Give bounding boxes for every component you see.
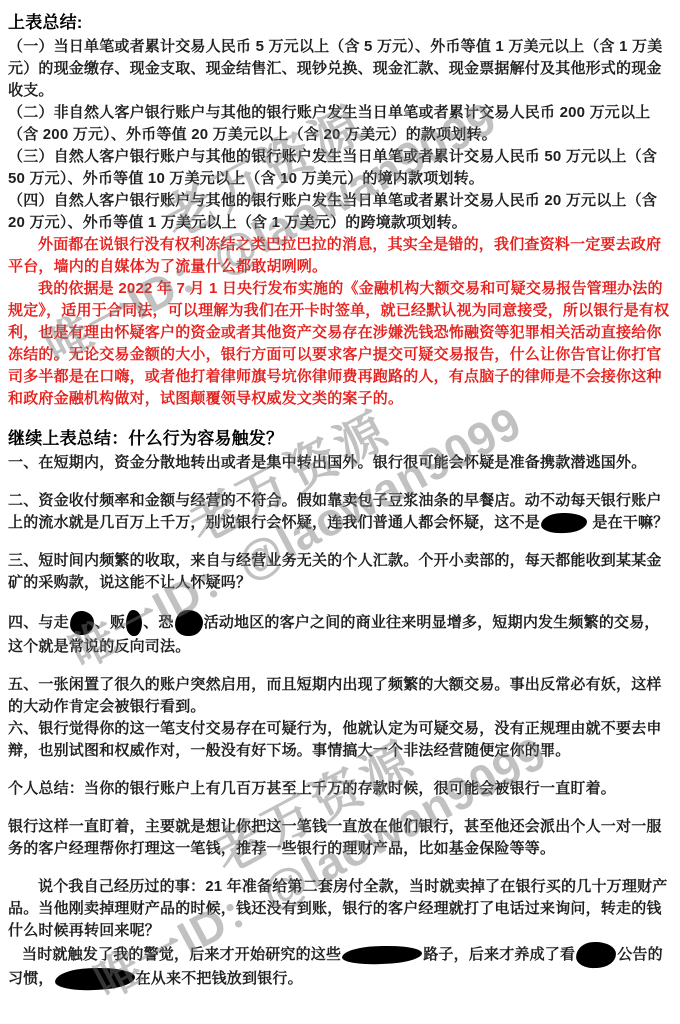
paragraph: （三）自然人客户银行账户与其他的银行账户发生当日单笔或者累计交易人民币 50 万… xyxy=(8,146,672,190)
text-run: 银行这样一直盯着，主要就是想让你把这一笔钱一直放在他们银行，甚至他还会派出个人一… xyxy=(8,818,662,857)
redaction-mark xyxy=(174,610,203,637)
paragraph: 说个我自己经历过的事：21 年准备给第二套房付全款，当时就卖掉了在银行买的几十万… xyxy=(8,876,672,942)
paragraph: 五、一张闲置了很久的账户突然启用，而且短期内出现了频繁的大额交易。事出反常必有妖… xyxy=(8,674,672,718)
text-run: 当时就触发了我的警觉，后来才开始研究的这些 xyxy=(22,946,341,963)
section-heading: 继续上表总结：什么行为容易触发？ xyxy=(8,426,672,452)
paragraph: 四、与走、贩、恐活动地区的客户之间的商业往来明显增多，短期内发生频繁的交易，这个… xyxy=(8,610,672,658)
text-run: 一、在短期内，资金分散地转出或者是集中转出国外。银行很可能会怀疑是准备携款潜逃国… xyxy=(8,454,646,471)
paragraph-spacer xyxy=(8,762,672,778)
paragraph: 我的依据是 2022 年 7 月 1 日央行发布实施的《金融机构大额交易和可疑交… xyxy=(8,278,672,410)
paragraph: 外面都在说银行没有权利冻结之类巴拉巴拉的消息，其实全是错的，我们查资料一定要去政… xyxy=(8,234,672,278)
text-run: 是在干嘛？ xyxy=(588,514,668,531)
paragraph-spacer xyxy=(8,534,672,550)
paragraph: （一）当日单笔或者累计交易人民币 5 万元以上（含 5 万元）、外币等值 1 万… xyxy=(8,36,672,102)
text-run: 四、与走 xyxy=(8,614,69,631)
text-run: 、恐 xyxy=(143,614,173,631)
text-run: （四）自然人客户银行账户与其他的银行账户发生当日单笔或者累计交易人民币 20 万… xyxy=(8,192,657,231)
paragraph: 三、短时间内频繁的收取，来自与经营业务无关的个人汇款。个开小卖部的，每天都能收到… xyxy=(8,550,672,594)
paragraph: （四）自然人客户银行账户与其他的银行账户发生当日单笔或者累计交易人民币 20 万… xyxy=(8,190,672,234)
paragraph-spacer xyxy=(8,860,672,876)
redaction-mark xyxy=(342,945,423,966)
text-run: （三）自然人客户银行账户与其他的银行账户发生当日单笔或者累计交易人民币 50 万… xyxy=(8,148,657,187)
text-run: 外面都在说银行没有权利冻结之类巴拉巴拉的消息，其实全是错的，我们查资料一定要去政… xyxy=(8,236,661,275)
paragraph-spacer xyxy=(8,410,672,426)
redaction-mark xyxy=(54,967,135,992)
text-run: 继续上表总结：什么行为容易触发？ xyxy=(8,429,283,448)
text-run: （一）当日单笔或者累计交易人民币 5 万元以上（含 5 万元）、外币等值 1 万… xyxy=(8,38,662,99)
text-run: 个人总结：当你的银行账户上有几百万甚至上千万的存款时候，很可能会被银行一直盯着。 xyxy=(8,780,616,797)
paragraph-spacer xyxy=(8,658,672,674)
document-page: 老万资源 唯一ID：@laowan9099 老万资源 唯一ID：@laowan9… xyxy=(0,0,680,1024)
redaction-mark xyxy=(69,611,94,636)
paragraph: 一、在短期内，资金分散地转出或者是集中转出国外。银行很可能会怀疑是准备携款潜逃国… xyxy=(8,452,672,474)
text-run: 在从来不把钱放到银行。 xyxy=(136,970,303,987)
text-run: 我的依据是 2022 年 7 月 1 日央行发布实施的《金融机构大额交易和可疑交… xyxy=(8,280,669,407)
text-run: 五、一张闲置了很久的账户突然启用，而且短期内出现了频繁的大额交易。事出反常必有妖… xyxy=(8,676,662,715)
text-run: 说个我自己经历过的事：21 年准备给第二套房付全款，当时就卖掉了在银行买的几十万… xyxy=(8,878,667,939)
text-run: 六、银行觉得你的这一笔支付交易存在可疑行为，他就认定为可疑交易，没有正规理由就不… xyxy=(8,720,662,759)
paragraph: 银行这样一直盯着，主要就是想让你把这一笔钱一直放在他们银行，甚至他还会派出个人一… xyxy=(8,816,672,860)
redaction-mark xyxy=(126,610,143,637)
paragraph: 六、银行觉得你的这一笔支付交易存在可疑行为，他就认定为可疑交易，没有正规理由就不… xyxy=(8,718,672,762)
text-run: 上表总结: xyxy=(8,13,83,32)
paragraph: （二）非自然人客户银行账户与其他的银行账户发生当日单笔或者累计交易人民币 200… xyxy=(8,102,672,146)
paragraph-spacer xyxy=(8,474,672,490)
text-run: 路子，后来才养成了看 xyxy=(423,946,575,963)
text-run: 、贩 xyxy=(95,614,125,631)
text-run: （二）非自然人客户银行账户与其他的银行账户发生当日单笔或者累计交易人民币 200… xyxy=(8,104,650,143)
redaction-mark xyxy=(576,941,617,968)
text-run: 三、短时间内频繁的收取，来自与经营业务无关的个人汇款。个开小卖部的，每天都能收到… xyxy=(8,552,662,591)
section-heading: 上表总结: xyxy=(8,10,672,36)
paragraph-spacer xyxy=(8,800,672,816)
paragraph: 当时就触发了我的警觉，后来才开始研究的这些路子，后来才养成了看公告的习惯，在从来… xyxy=(8,942,672,990)
paragraph: 个人总结：当你的银行账户上有几百万甚至上千万的存款时候，很可能会被银行一直盯着。 xyxy=(8,778,672,800)
redaction-mark xyxy=(541,512,588,534)
document-content: 上表总结:（一）当日单笔或者累计交易人民币 5 万元以上（含 5 万元）、外币等… xyxy=(0,0,680,990)
paragraph: 二、资金收付频率和金额与经营的不符合。假如靠卖包子豆浆油条的早餐店。动不动每天银… xyxy=(8,490,672,534)
paragraph-spacer xyxy=(8,594,672,610)
